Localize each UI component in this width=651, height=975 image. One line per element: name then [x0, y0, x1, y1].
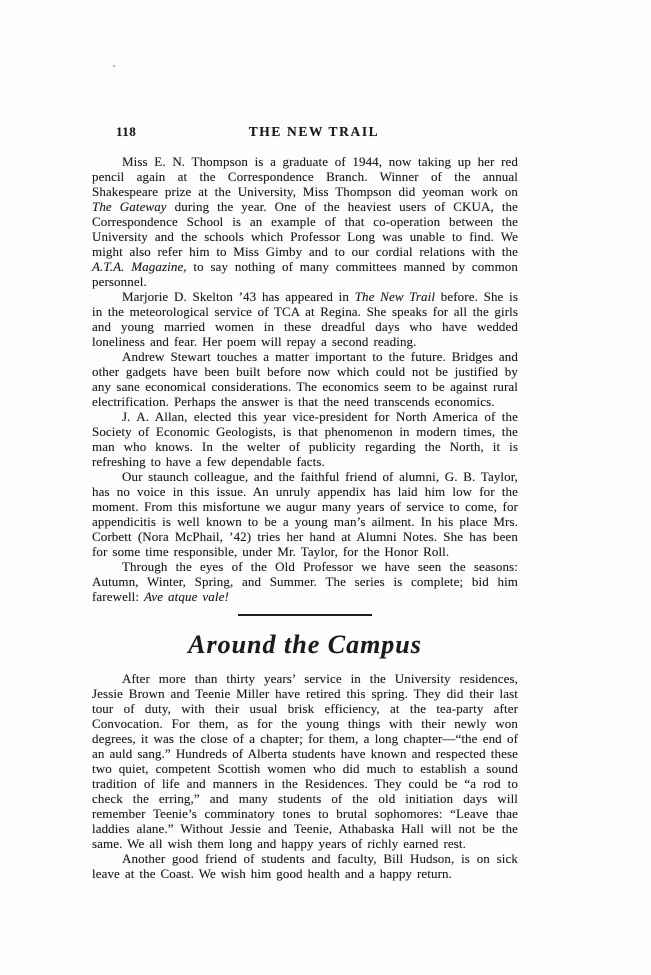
running-title: THE NEW TRAIL	[92, 124, 518, 140]
text-column: Miss E. N. Thompson is a graduate of 194…	[92, 154, 518, 881]
italic-text-run: A.T.A. Magazine,	[92, 259, 187, 274]
italic-text-run: The Gateway	[92, 199, 167, 214]
section-heading: Around the Campus	[92, 629, 518, 660]
italic-text-run: Ave atque vale!	[144, 589, 229, 604]
paragraph: Through the eyes of the Old Professor we…	[92, 559, 518, 604]
text-run: Andrew Stewart touches a matter importan…	[92, 349, 518, 409]
text-run: After more than thirty years’ service in…	[92, 671, 518, 851]
page-header: 118 THE NEW TRAIL	[92, 124, 518, 140]
text-run: J. A. Allan, elected this year vice-pres…	[92, 409, 518, 469]
paragraph: Our staunch colleague, and the faithful …	[92, 469, 518, 559]
paragraph: J. A. Allan, elected this year vice-pres…	[92, 409, 518, 469]
scan-speck	[113, 65, 115, 67]
paragraph: Marjorie D. Skelton ’43 has appeared in …	[92, 289, 518, 349]
paragraph: Another good friend of students and facu…	[92, 851, 518, 881]
book-page: 118 THE NEW TRAIL Miss E. N. Thompson is…	[0, 0, 651, 975]
text-run: Miss E. N. Thompson is a graduate of 194…	[92, 154, 518, 199]
page-number: 118	[116, 124, 136, 140]
text-run: Another good friend of students and facu…	[92, 851, 518, 881]
text-run: Marjorie D. Skelton ’43 has appeared in	[122, 289, 355, 304]
paragraph: Andrew Stewart touches a matter importan…	[92, 349, 518, 409]
text-run: Our staunch colleague, and the faithful …	[92, 469, 518, 559]
paragraph: After more than thirty years’ service in…	[92, 671, 518, 851]
section-alumni-notes: Miss E. N. Thompson is a graduate of 194…	[92, 154, 518, 604]
section-around-the-campus: After more than thirty years’ service in…	[92, 671, 518, 881]
italic-text-run: The New Trail	[355, 289, 435, 304]
paragraph: Miss E. N. Thompson is a graduate of 194…	[92, 154, 518, 289]
section-divider-rule	[238, 614, 372, 616]
